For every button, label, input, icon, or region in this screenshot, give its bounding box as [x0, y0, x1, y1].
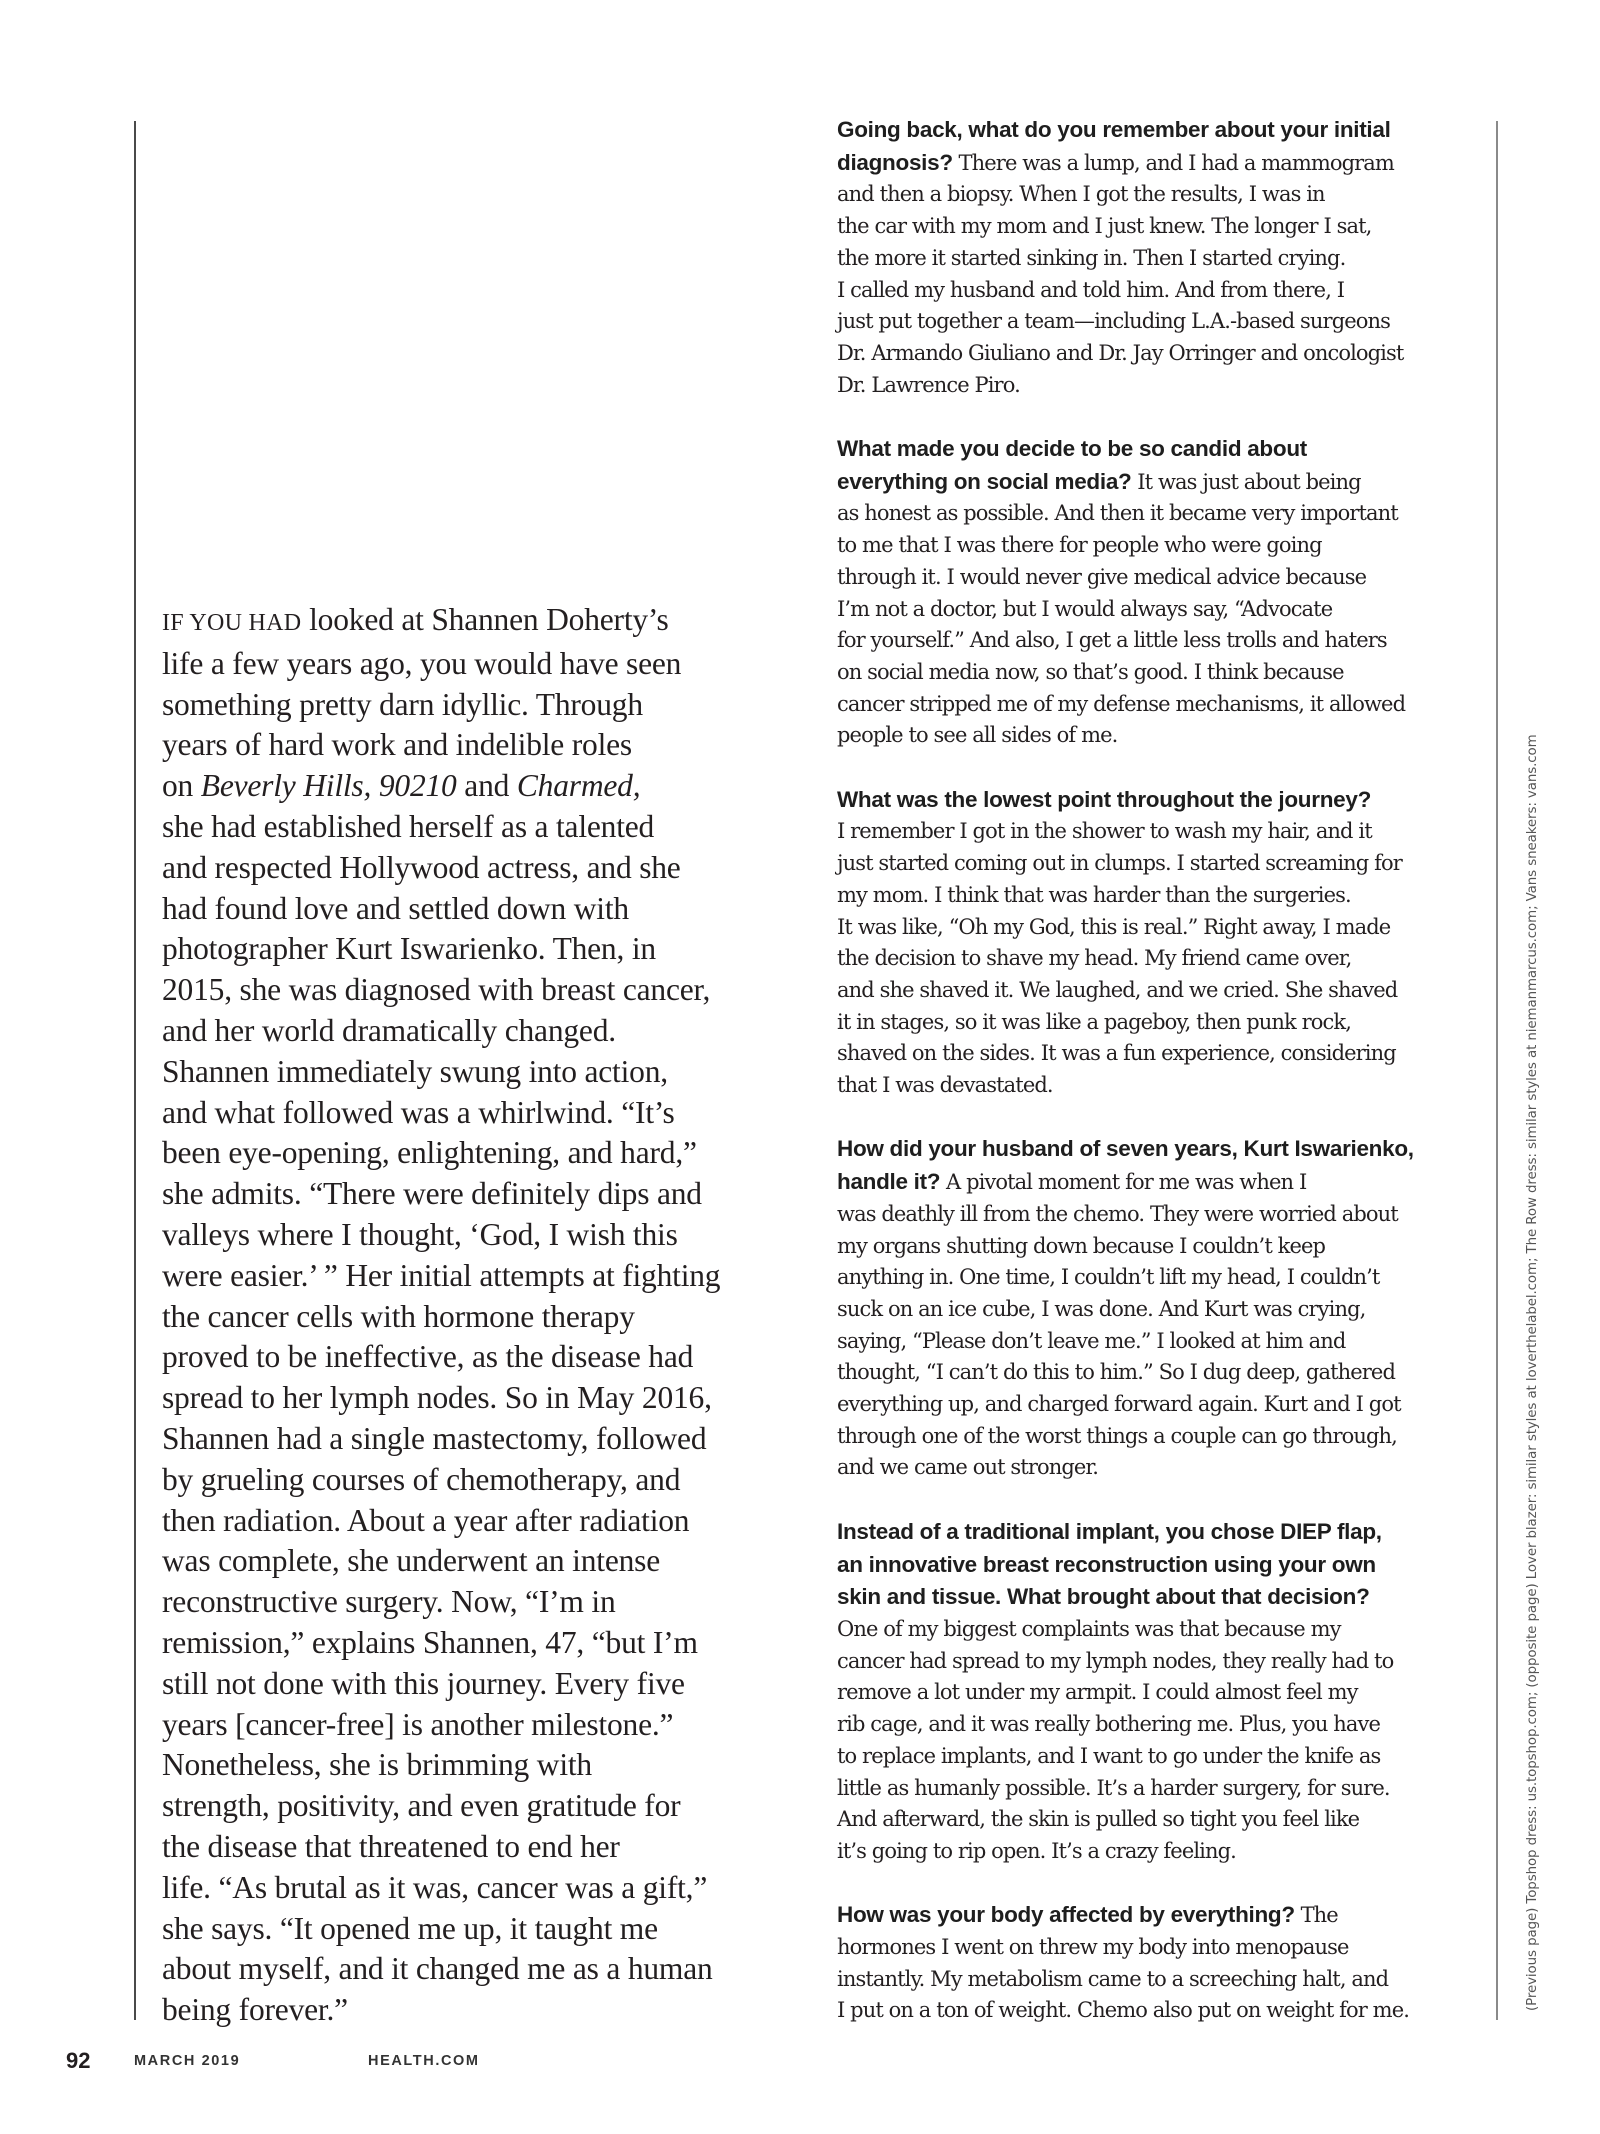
answer-line: rib cage, and it was really bothering me… [837, 1709, 1487, 1741]
answer-line: was deathly ill from the chemo. They wer… [837, 1199, 1487, 1231]
answer-line: And afterward, the skin is pulled so tig… [837, 1804, 1487, 1836]
answer-line: everything up, and charged forward again… [837, 1389, 1487, 1421]
answer-line: Dr. Armando Giuliano and Dr. Jay Orringe… [837, 338, 1487, 370]
answer-line: thought, “I can’t do this to him.” So I … [837, 1357, 1487, 1389]
qa-line: an innovative breast reconstruction usin… [837, 1549, 1487, 1582]
answer-line: it in stages, so it was like a pageboy, … [837, 1007, 1487, 1039]
show-title: Charmed, [517, 768, 641, 803]
qa-line: How did your husband of seven years, Kur… [837, 1133, 1487, 1166]
answer-line: people to see all sides of me. [837, 720, 1487, 752]
answer-line: for yourself.” And also, I get a little … [837, 625, 1487, 657]
intro-text: on [162, 768, 201, 803]
show-title: Beverly Hills, 90210 [201, 768, 457, 803]
intro-line: were easier.’ ” Her initial attempts at … [162, 1256, 812, 1297]
answer-line: my mom. I think that was harder than the… [837, 880, 1487, 912]
answer-line: to me that I was there for people who we… [837, 530, 1487, 562]
intro-line: spread to her lymph nodes. So in May 201… [162, 1378, 812, 1419]
answer-line: as honest as possible. And then it becam… [837, 498, 1487, 530]
answer-text: It was just about being [1132, 470, 1361, 494]
qa-line: skin and tissue. What brought about that… [837, 1581, 1487, 1614]
left-column-rule [134, 121, 136, 2020]
answer-line: and she shaved it. We laughed, and we cr… [837, 975, 1487, 1007]
intro-line: was complete, she underwent an intense [162, 1541, 812, 1582]
answer-line: I’m not a doctor, but I would always say… [837, 594, 1487, 626]
answer-line: it’s going to rip open. It’s a crazy fee… [837, 1836, 1487, 1868]
qa-block: What was the lowest point throughout the… [837, 784, 1487, 1102]
answer-line: and we came out stronger. [837, 1452, 1487, 1484]
answer-line: the decision to shave my head. My friend… [837, 943, 1487, 975]
answer-line: just started coming out in clumps. I sta… [837, 848, 1487, 880]
answer-line: through it. I would never give medical a… [837, 562, 1487, 594]
fashion-credits: (Previous page) Topshop dress: us.topsho… [1525, 734, 1540, 2011]
answer-line: that I was devastated. [837, 1070, 1487, 1102]
qa-line: Going back, what do you remember about y… [837, 114, 1487, 147]
intro-line: valleys where I thought, ‘God, I wish th… [162, 1215, 812, 1256]
question-text: skin and tissue. What brought about that… [837, 1584, 1370, 1609]
answer-line: my organs shutting down because I couldn… [837, 1231, 1487, 1263]
intro-line: and respected Hollywood actress, and she [162, 848, 812, 889]
qa-column: Going back, what do you remember about y… [837, 114, 1487, 2059]
question-text: Instead of a traditional implant, you ch… [837, 1519, 1382, 1544]
answer-text: The [1295, 1903, 1338, 1927]
intro-line: reconstructive surgery. Now, “I’m in [162, 1582, 812, 1623]
answer-text: There was a lump, and I had a mammogram [953, 151, 1394, 175]
intro-paragraph: IF YOU HAD looked at Shannen Doherty’sli… [162, 600, 812, 2031]
qa-line: diagnosis? There was a lump, and I had a… [837, 147, 1487, 180]
intro-line: years [cancer-free] is another milestone… [162, 1705, 812, 1746]
qa-block: How did your husband of seven years, Kur… [837, 1133, 1487, 1484]
question-text: an innovative breast reconstruction usin… [837, 1552, 1376, 1577]
question-text: What made you decide to be so candid abo… [837, 436, 1307, 461]
qa-block: Going back, what do you remember about y… [837, 114, 1487, 401]
answer-line: Dr. Lawrence Piro. [837, 370, 1487, 402]
answer-line: anything in. One time, I couldn’t lift m… [837, 1262, 1487, 1294]
qa-line: What made you decide to be so candid abo… [837, 433, 1487, 466]
right-column-rule [1496, 121, 1498, 2020]
intro-line: by grueling courses of chemotherapy, and [162, 1460, 812, 1501]
qa-line: What was the lowest point throughout the… [837, 784, 1487, 817]
qa-block: How was your body affected by everything… [837, 1899, 1487, 2027]
answer-line: It was like, “Oh my God, this is real.” … [837, 912, 1487, 944]
answer-line: cancer stripped me of my defense mechani… [837, 689, 1487, 721]
intro-line: and what followed was a whirlwind. “It’s [162, 1093, 812, 1134]
answer-line: I put on a ton of weight. Chemo also put… [837, 1995, 1487, 2027]
intro-line: then radiation. About a year after radia… [162, 1501, 812, 1542]
intro-line: proved to be ineffective, as the disease… [162, 1337, 812, 1378]
answer-line: to replace implants, and I want to go un… [837, 1741, 1487, 1773]
question-text: How did your husband of seven years, Kur… [837, 1136, 1414, 1161]
question-text: Going back, what do you remember about y… [837, 117, 1391, 142]
answer-line: suck on an ice cube, I was done. And Kur… [837, 1294, 1487, 1326]
answer-line: on social media now, so that’s good. I t… [837, 657, 1487, 689]
answer-line: just put together a team—including L.A.-… [837, 306, 1487, 338]
intro-text: looked at Shannen Doherty’s [301, 602, 668, 637]
intro-line: on Beverly Hills, 90210 and Charmed, [162, 766, 812, 807]
answer-line: the car with my mom and I just knew. The… [837, 211, 1487, 243]
intro-line: about myself, and it changed me as a hum… [162, 1949, 812, 1990]
intro-line: been eye-opening, enlightening, and hard… [162, 1133, 812, 1174]
intro-line: life a few years ago, you would have see… [162, 644, 812, 685]
question-text: everything on social media? [837, 469, 1132, 494]
qa-line: handle it? A pivotal moment for me was w… [837, 1166, 1487, 1199]
lead-in-smallcaps: IF YOU HAD [162, 610, 301, 636]
intro-line: the disease that threatened to end her [162, 1827, 812, 1868]
intro-line: she had established herself as a talente… [162, 807, 812, 848]
intro-line: Nonetheless, she is brimming with [162, 1745, 812, 1786]
intro-line: the cancer cells with hormone therapy [162, 1297, 812, 1338]
answer-line: and then a biopsy. When I got the result… [837, 179, 1487, 211]
answer-line: shaved on the sides. It was a fun experi… [837, 1038, 1487, 1070]
issue-date: MARCH 2019 [134, 2053, 240, 2069]
intro-line: 2015, she was diagnosed with breast canc… [162, 970, 812, 1011]
answer-line: little as humanly possible. It’s a harde… [837, 1773, 1487, 1805]
intro-line: remission,” explains Shannen, 47, “but I… [162, 1623, 812, 1664]
qa-block: Instead of a traditional implant, you ch… [837, 1516, 1487, 1868]
answer-line: I remember I got in the shower to wash m… [837, 816, 1487, 848]
intro-text: and [457, 768, 517, 803]
answer-line: instantly. My metabolism came to a scree… [837, 1964, 1487, 1996]
qa-line: Instead of a traditional implant, you ch… [837, 1516, 1487, 1549]
answer-line: through one of the worst things a couple… [837, 1421, 1487, 1453]
intro-line: she says. “It opened me up, it taught me [162, 1909, 812, 1950]
answer-line: One of my biggest complaints was that be… [837, 1614, 1487, 1646]
intro-line: photographer Kurt Iswarienko. Then, in [162, 929, 812, 970]
qa-block: What made you decide to be so candid abo… [837, 433, 1487, 752]
question-text: diagnosis? [837, 150, 953, 175]
answer-line: cancer had spread to my lymph nodes, the… [837, 1646, 1487, 1678]
intro-line: IF YOU HAD looked at Shannen Doherty’s [162, 600, 812, 644]
intro-line: she admits. “There were definitely dips … [162, 1174, 812, 1215]
answer-line: remove a lot under my armpit. I could al… [837, 1677, 1487, 1709]
question-text: handle it? [837, 1169, 940, 1194]
intro-line: being forever.” [162, 1990, 812, 2031]
intro-line: still not done with this journey. Every … [162, 1664, 812, 1705]
question-text: What was the lowest point throughout the… [837, 787, 1371, 812]
qa-line: everything on social media? It was just … [837, 466, 1487, 499]
question-text: How was your body affected by everything… [837, 1902, 1295, 1927]
intro-line: had found love and settled down with [162, 889, 812, 930]
intro-line: something pretty darn idyllic. Through [162, 685, 812, 726]
answer-line: the more it started sinking in. Then I s… [837, 243, 1487, 275]
intro-line: life. “As brutal as it was, cancer was a… [162, 1868, 812, 1909]
answer-line: I called my husband and told him. And fr… [837, 275, 1487, 307]
page-number: 92 [66, 2048, 90, 2074]
answer-line: hormones I went on threw my body into me… [837, 1932, 1487, 1964]
intro-line: years of hard work and indelible roles [162, 725, 812, 766]
answer-text: A pivotal moment for me was when I [940, 1170, 1306, 1194]
intro-line: Shannen immediately swung into action, [162, 1052, 812, 1093]
page-footer: 92 MARCH 2019 HEALTH.COM [0, 2048, 1600, 2078]
answer-line: saying, “Please don’t leave me.” I looke… [837, 1326, 1487, 1358]
intro-line: strength, positivity, and even gratitude… [162, 1786, 812, 1827]
qa-line: How was your body affected by everything… [837, 1899, 1487, 1932]
intro-line: and her world dramatically changed. [162, 1011, 812, 1052]
site-url: HEALTH.COM [368, 2053, 480, 2069]
intro-line: Shannen had a single mastectomy, followe… [162, 1419, 812, 1460]
